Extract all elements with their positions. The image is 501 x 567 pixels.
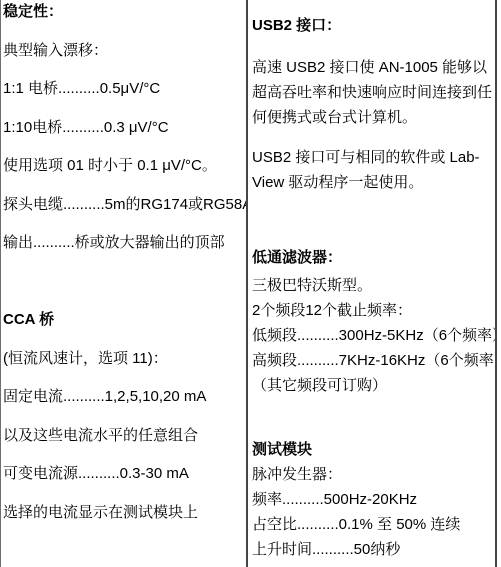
spec-line-current-combination: 以及这些电流水平的任意组合: [3, 417, 246, 456]
spec-line-butterworth: 三极巴特沃斯型。: [252, 273, 493, 298]
spec-line-low-band: 低频段..........300Hz-5KHz（6个频率）: [252, 323, 493, 348]
spec-line-rise-time: 上升时间..........50纳秒: [252, 537, 493, 562]
spec-line-variable-current-source: 可变电流源..........0.3-30 mA: [3, 455, 246, 494]
blank-line: [3, 263, 246, 302]
spec-line-option-01: 使用选项 01 时小于 0.1 μV/°C。: [3, 147, 246, 186]
left-column: 稳定性： 典型输入漂移： 1:1 电桥..........0.5μV/°C 1:…: [0, 0, 246, 567]
spec-line-current-display: 选择的电流显示在测试模块上: [3, 494, 246, 533]
spec-line-probe-cable: 探头电缆..........5m的RG174或RG58A: [3, 186, 246, 225]
spec-line-duty-cycle: 占空比..........0.1% 至 50% 连续: [252, 512, 493, 537]
spec-sheet-page: 稳定性： 典型输入漂移： 1:1 电桥..........0.5μV/°C 1:…: [0, 0, 501, 567]
section-heading-stability: 稳定性：: [3, 0, 246, 32]
right-column: USB2 接口： 高速 USB2 接口使 AN-1005 能够以超高吞吐率和快速…: [246, 0, 497, 567]
section-heading-usb2: USB2 接口：: [252, 13, 493, 38]
left-column-content: 稳定性： 典型输入漂移： 1:1 电桥..........0.5μV/°C 1:…: [3, 0, 246, 532]
spec-line-other-bands: （其它频段可订购）: [252, 373, 493, 398]
spec-line-pulse-generator: 脉冲发生器：: [252, 462, 493, 487]
paragraph-usb2-software: USB2 接口可与相同的软件或 Lab-View 驱动程序一起使用。: [252, 145, 493, 195]
section-heading-test-module: 测试模块: [252, 437, 493, 462]
section-heading-low-pass-filter: 低通滤波器：: [252, 245, 493, 270]
paragraph-usb2-description: 高速 USB2 接口使 AN-1005 能够以超高吞吐率和快速响应时间连接到任何…: [252, 55, 493, 130]
spec-line-frequency: 频率..........500Hz-20KHz: [252, 487, 493, 512]
spec-line-cca-option-11: (恒流风速计，选项 11)：: [3, 340, 246, 379]
spec-line-fixed-current: 固定电流..........1,2,5,10,20 mA: [3, 378, 246, 417]
spec-line-cutoff-frequencies: 2个频段12个截止频率：: [252, 298, 493, 323]
section-heading-cca-bridge: CCA 桥: [3, 301, 246, 340]
spec-line-bridge-1-10: 1:10电桥..........0.3 μV/°C: [3, 109, 246, 148]
spec-line-high-band: 高频段..........7KHz-16KHz（6个频率）: [252, 348, 493, 373]
spec-line-output: 输出..........桥或放大器输出的顶部: [3, 224, 246, 263]
spec-line-typical-drift: 典型输入漂移：: [3, 32, 246, 71]
spec-line-bridge-1-1: 1:1 电桥..........0.5μV/°C: [3, 70, 246, 109]
